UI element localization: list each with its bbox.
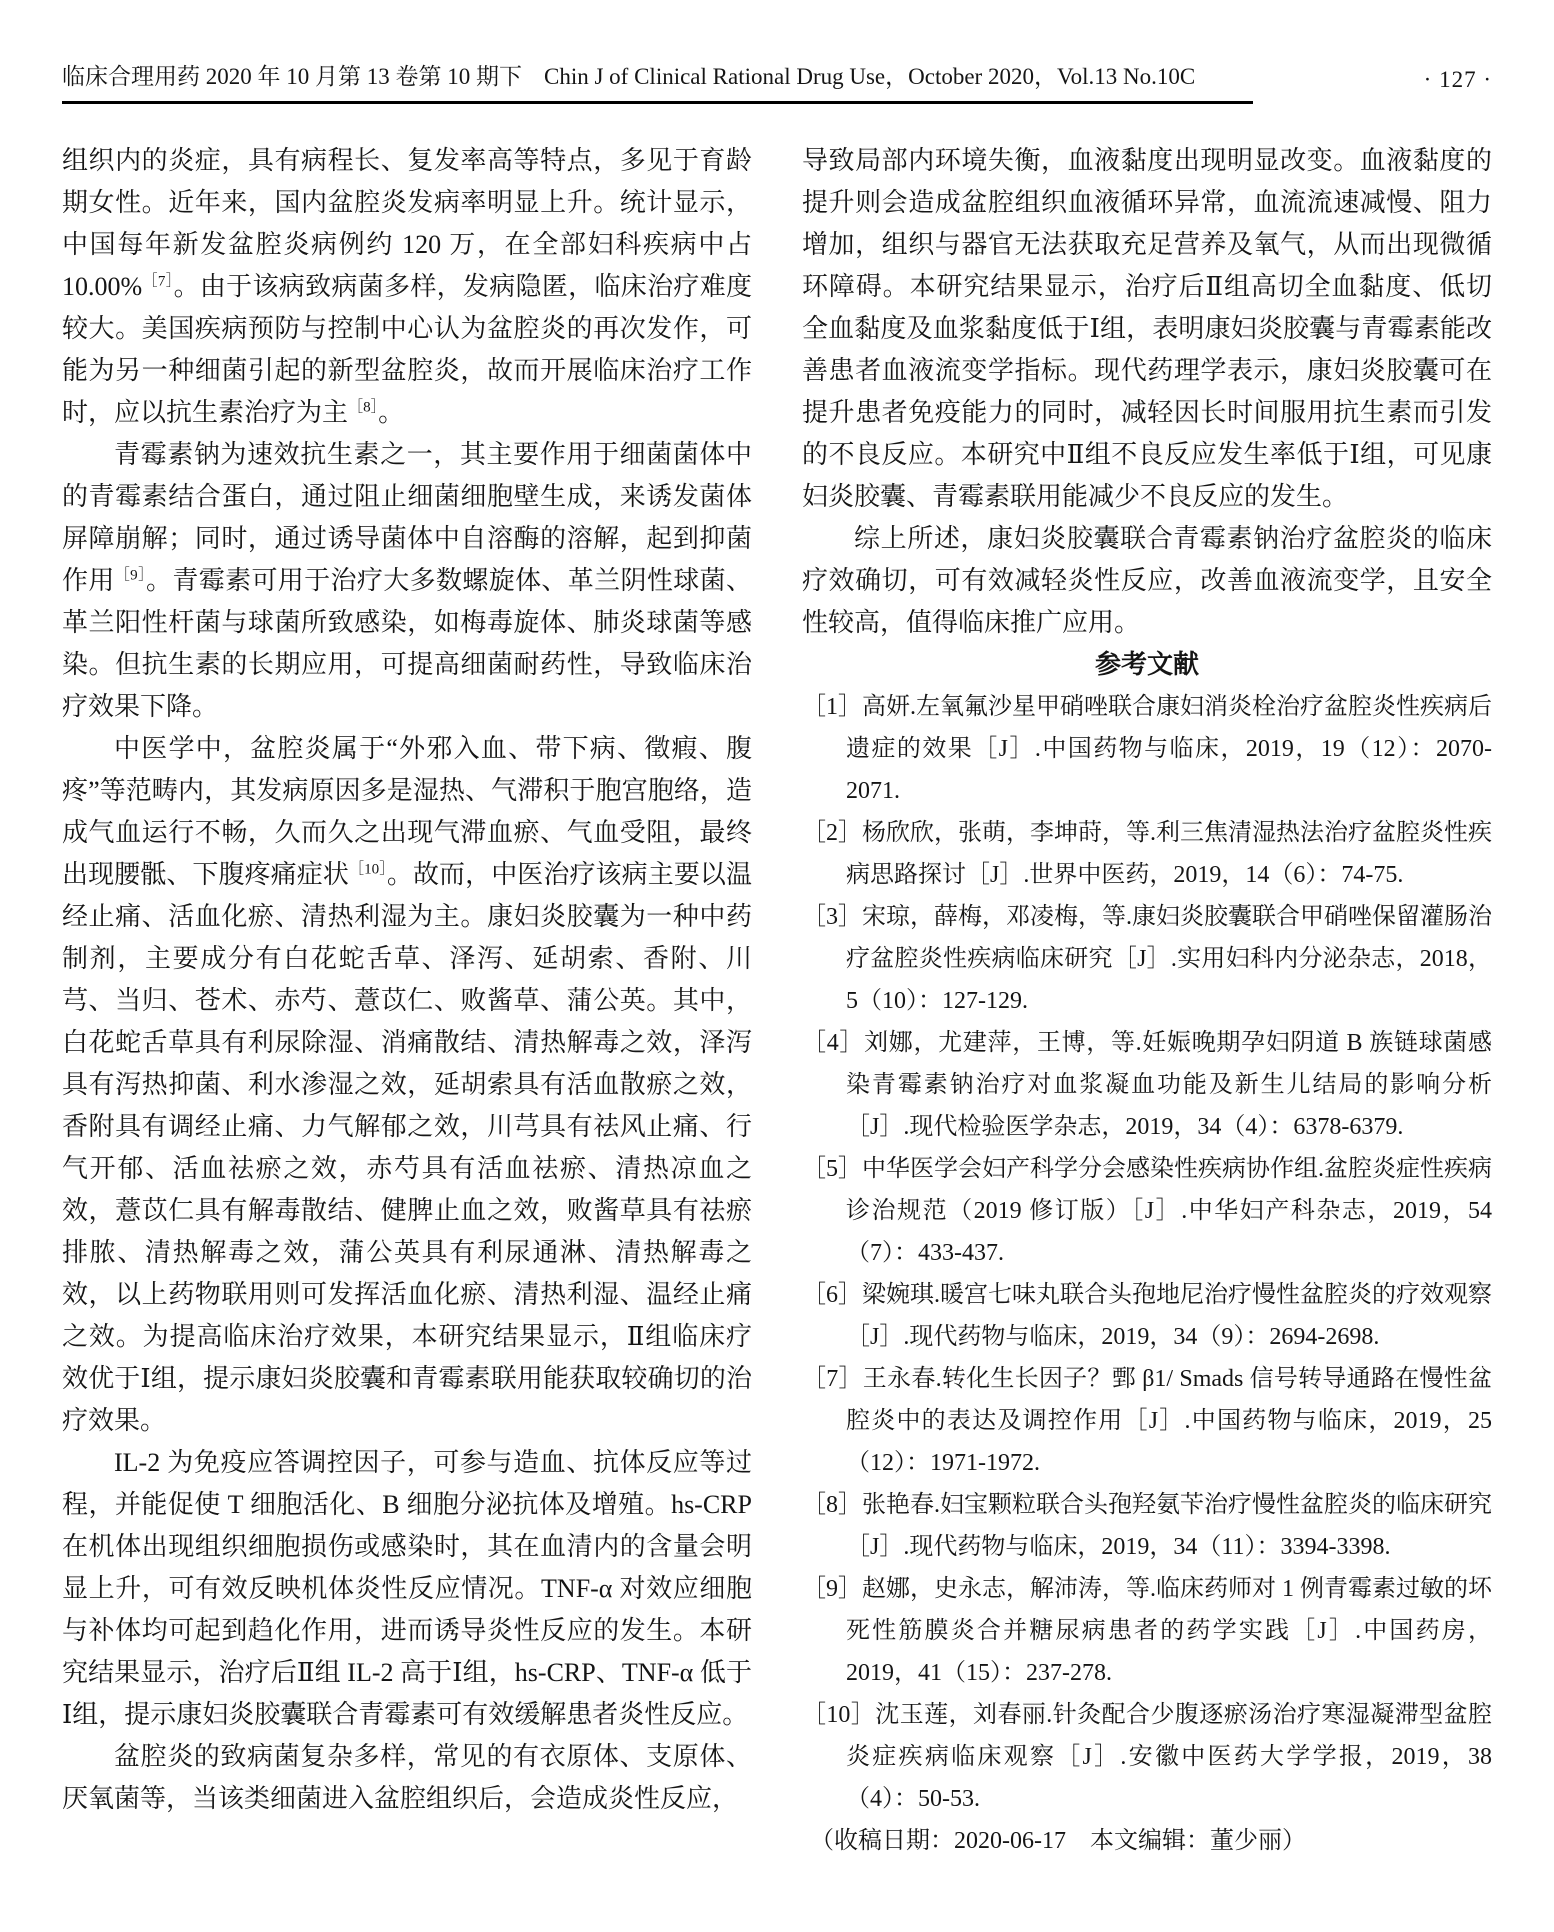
page-number: · 127 · xyxy=(1424,65,1492,104)
reference-label: ［2］ xyxy=(802,820,862,846)
article-body: 组织内的炎症，具有病程长、复发率高等特点，多见于育龄期女性。近年来，国内盆腔炎发… xyxy=(62,140,1492,1862)
reference-label: ［4］ xyxy=(802,1030,864,1056)
paragraph: 组织内的炎症，具有病程长、复发率高等特点，多见于育龄期女性。近年来，国内盆腔炎发… xyxy=(62,140,752,434)
reference-item: ［5］中华医学会妇产科学分会感染性疾病协作组.盆腔炎症性疾病诊治规范（2019 … xyxy=(802,1148,1492,1274)
reference-item: ［4］刘娜，尤建萍，王博，等.妊娠晚期孕妇阴道 B 族链球菌感染青霉素钠治疗对血… xyxy=(802,1022,1492,1148)
paragraph: 中医学中，盆腔炎属于“外邪入血、带下病、徵瘕、腹疼”等范畴内，其发病原因多是湿热… xyxy=(62,728,752,1442)
journal-title: 临床合理用药 2020 年 10 月第 13 卷第 10 期下Chin J of… xyxy=(62,62,1253,104)
paragraph: 导致局部内环境失衡，血液黏度出现明显改变。血液黏度的提升则会造成盆腔组织血液循环… xyxy=(802,140,1492,518)
paragraph: 综上所述，康妇炎胶囊联合青霉素钠治疗盆腔炎的临床疗效确切，可有效减轻炎性反应，改… xyxy=(802,518,1492,644)
reference-label: ［3］ xyxy=(802,904,862,930)
reference-item: ［7］王永春.转化生长因子？鄄 β1/ Smads 信号转导通路在慢性盆腔炎中的… xyxy=(802,1358,1492,1484)
reference-item: ［3］宋琼，薛梅，邓凌梅，等.康妇炎胶囊联合甲硝唑保留灌肠治疗盆腔炎性疾病临床研… xyxy=(802,896,1492,1022)
reference-label: ［1］ xyxy=(802,694,862,720)
reference-item: ［8］张艳春.妇宝颗粒联合头孢羟氨苄治疗慢性盆腔炎的临床研究［J］.现代药物与临… xyxy=(802,1484,1492,1568)
paragraph: 青霉素钠为速效抗生素之一，其主要作用于细菌菌体中的青霉素结合蛋白，通过阻止细菌细… xyxy=(62,434,752,728)
left-column: 组织内的炎症，具有病程长、复发率高等特点，多见于育龄期女性。近年来，国内盆腔炎发… xyxy=(62,140,752,1862)
reference-item: ［2］杨欣欣，张萌，李坤莳，等.利三焦清湿热法治疗盆腔炎性疾病思路探讨［J］.世… xyxy=(802,812,1492,896)
reference-label: ［9］ xyxy=(802,1576,862,1602)
references-title: 参考文献 xyxy=(802,644,1492,686)
right-column: 导致局部内环境失衡，血液黏度出现明显改变。血液黏度的提升则会造成盆腔组织血液循环… xyxy=(802,140,1492,1862)
received-date-note: （收稿日期：2020-06-17 本文编辑：董少丽） xyxy=(802,1820,1492,1862)
paragraph: 盆腔炎的致病菌复杂多样，常见的有衣原体、支原体、厌氧菌等，当该类细菌进入盆腔组织… xyxy=(62,1736,752,1820)
reference-item: ［6］梁婉琪.暖宫七味丸联合头孢地尼治疗慢性盆腔炎的疗效观察［J］.现代药物与临… xyxy=(802,1274,1492,1358)
reference-item: ［9］赵娜，史永志，解沛涛，等.临床药师对 1 例青霉素过敏的坏死性筋膜炎合并糖… xyxy=(802,1568,1492,1694)
reference-label: ［8］ xyxy=(802,1492,862,1518)
references-list: ［1］高妍.左氧氟沙星甲硝唑联合康妇消炎栓治疗盆腔炎性疾病后遗症的效果［J］.中… xyxy=(802,686,1492,1820)
reference-label: ［5］ xyxy=(802,1156,862,1182)
journal-title-cn: 临床合理用药 2020 年 10 月第 13 卷第 10 期下 xyxy=(62,64,522,89)
journal-page: 临床合理用药 2020 年 10 月第 13 卷第 10 期下Chin J of… xyxy=(0,0,1554,1932)
page-header: 临床合理用药 2020 年 10 月第 13 卷第 10 期下Chin J of… xyxy=(62,62,1492,104)
journal-title-en: Chin J of Clinical Rational Drug Use，Oct… xyxy=(544,64,1195,89)
paragraph: IL-2 为免疫应答调控因子，可参与造血、抗体反应等过程，并能促使 T 细胞活化… xyxy=(62,1442,752,1736)
reference-label: ［6］ xyxy=(802,1282,862,1308)
reference-label: ［7］ xyxy=(802,1366,863,1392)
reference-item: ［10］沈玉莲，刘春丽.针灸配合少腹逐瘀汤治疗寒湿凝滞型盆腔炎症疾病临床观察［J… xyxy=(802,1694,1492,1820)
left-column-paragraphs: 组织内的炎症，具有病程长、复发率高等特点，多见于育龄期女性。近年来，国内盆腔炎发… xyxy=(62,140,752,1820)
right-column-paragraphs: 导致局部内环境失衡，血液黏度出现明显改变。血液黏度的提升则会造成盆腔组织血液循环… xyxy=(802,140,1492,644)
reference-label: ［10］ xyxy=(802,1702,875,1728)
reference-item: ［1］高妍.左氧氟沙星甲硝唑联合康妇消炎栓治疗盆腔炎性疾病后遗症的效果［J］.中… xyxy=(802,686,1492,812)
